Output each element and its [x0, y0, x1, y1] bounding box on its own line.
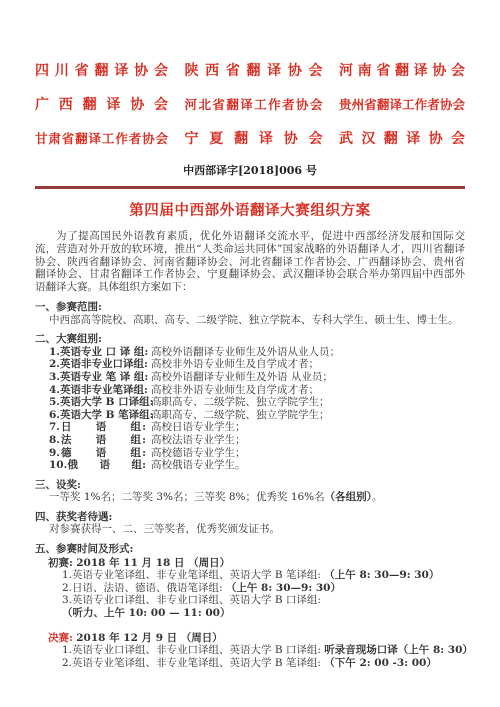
group-item: 7.日 语 组:高校日语专业学生；: [49, 421, 465, 434]
group-item: 2.英语非专业口译组:高校非外语专业师生及自学成才者；: [49, 358, 465, 371]
section-awards: 三、设奖: 一等奖 1%名；二等奖 3%名；三等奖 8%；优秀奖 16%名（各组…: [35, 479, 465, 504]
group-desc: 高校日语专业学生；: [151, 421, 246, 433]
schedule-text: 2.日语、法语、德语、俄语笔译组:: [62, 582, 226, 594]
group-item: 3.英语专业 笔 译 组:高校外语翻译专业师生及外语 从业员；: [49, 371, 465, 384]
group-label: 8.法 语 组:: [49, 434, 146, 447]
final-round: 决赛: 2018 年 12 月 9 日 （周日） 1.英语专业口译组、非专业口译…: [35, 632, 465, 670]
page-title: 第四届中西部外语翻译大赛组织方案: [35, 201, 465, 221]
org-name: 陕西省翻译协会: [185, 62, 323, 80]
round-header: 决赛: 2018 年 12 月 9 日 （周日）: [48, 632, 465, 645]
section-heading: 四、获奖者待遇:: [35, 511, 465, 524]
org-name: 宁夏翻译协会: [185, 130, 323, 148]
notice-document: 四川省翻译协会 陕西省翻译协会 河南省翻译协会 广西翻译协会 河北省翻译工作者协…: [0, 0, 500, 707]
schedule-item: 1.英语专业口译组、非专业口译组、英语大学 B 口译组: 听录音现场口译（上午 …: [62, 644, 465, 657]
org-name: 广西翻译协会: [35, 96, 168, 114]
red-divider: [35, 186, 465, 189]
awards-period: 。: [372, 491, 383, 503]
org-name: 甘肃省翻译工作者协会: [35, 130, 168, 148]
round-items: 1.英语专业口译组、非专业口译组、英语大学 B 口译组: 听录音现场口译（上午 …: [48, 644, 465, 669]
schedule-text: 2.英语专业笔译组、非专业笔译组、英语大学 B 笔译组:: [62, 657, 324, 669]
round-label: 初赛:: [48, 557, 73, 569]
group-label: 2.英语非专业口译组:: [49, 358, 146, 371]
round-date: 2018 年 11 月 18 日 （周日）: [76, 557, 230, 569]
org-row-1: 四川省翻译协会 陕西省翻译协会 河南省翻译协会: [35, 62, 465, 80]
group-item: 1.英语专业 口 译 组:高校外语翻译专业师生及外语从业人员；: [49, 346, 465, 359]
group-label: 5.英语大学 B 口译组:: [49, 396, 146, 409]
org-name: 河南省翻译协会: [339, 62, 465, 80]
schedule-time: （上午 8: 30—9: 30）: [226, 582, 341, 594]
group-desc: 高校法语专业学生；: [151, 434, 246, 446]
section-body: 对参赛获得一、二、三等奖者，优秀奖颁发证书。: [35, 523, 465, 536]
section-benefits: 四、获奖者待遇: 对参赛获得一、二、三等奖者，优秀奖颁发证书。: [35, 511, 465, 536]
doc-number: 中西部译字[2018]006 号: [35, 164, 465, 178]
org-row-3: 甘肃省翻译工作者协会 宁夏翻译协会 武汉翻译协会: [35, 130, 465, 148]
group-item: 5.英语大学 B 口译组:高职高专、二级学院、独立学院学生；: [49, 396, 465, 409]
document-page: { "colors":{"accent_red":"#d92c20","rule…: [0, 0, 500, 707]
org-name: 四川省翻译协会: [35, 62, 168, 80]
schedule-item: （听力、上午 10: 00 — 11: 00）: [62, 607, 465, 620]
schedule-item: 3.英语专业口译组、非专业口译组、英语大学 B 口译组:: [62, 594, 465, 607]
schedule-time: （下午 2: 00 -3: 00）: [324, 657, 437, 669]
schedule-text: 1.英语专业笔译组、非专业笔译组、英语大学 B 笔译组:: [62, 569, 324, 581]
group-label: 6.英语大学 B 笔译组:: [49, 409, 146, 422]
group-label: 10.俄 语 组:: [49, 459, 146, 472]
org-name: 武汉翻译协会: [339, 130, 465, 148]
preliminary-round: 初赛: 2018 年 11 月 18 日 （周日） 1.英语专业笔译组、非专业笔…: [35, 557, 465, 620]
schedule-item: 2.英语专业笔译组、非专业笔译组、英语大学 B 笔译组: （下午 2: 00 -…: [62, 657, 465, 670]
schedule-item: 2.日语、法语、德语、俄语笔译组: （上午 8: 30—9: 30）: [62, 582, 465, 595]
intro-paragraph: 为了提高国民外语教育素质，优化外语翻译交流水平，促进中西部经济发展和国际交流，营…: [35, 230, 465, 294]
round-date: 2018 年 12 月 9 日 （周日）: [76, 632, 223, 644]
group-label: 1.英语专业 口 译 组:: [49, 346, 146, 359]
group-item: 10.俄 语 组:高校俄语专业学生。: [49, 459, 465, 472]
section-body: 中西部高等院校、高职、高专、二级学院、独立学院本、专科大学生、硕士生、博士生。: [35, 314, 465, 327]
org-name: 贵州省翻译工作者协会: [339, 96, 465, 114]
group-label: 7.日 语 组:: [49, 421, 146, 434]
group-desc: 高校俄语专业学生。: [151, 459, 246, 471]
group-item: 6.英语大学 B 笔译组:高职高专、二级学院、独立学院学生；: [49, 409, 465, 422]
group-desc: 高校外语翻译专业师生及外语从业人员；: [151, 346, 340, 358]
group-label: 9.德 语 组:: [49, 447, 146, 460]
group-desc: 高校非外语专业师生及自学成才者；: [151, 358, 319, 370]
group-label: 3.英语专业 笔 译 组:: [49, 371, 146, 384]
section-scope: 一、参赛范围: 中西部高等院校、高职、高专、二级学院、独立学院本、专科大学生、硕…: [35, 301, 465, 326]
group-item: 8.法 语 组:高校法语专业学生；: [49, 434, 465, 447]
round-header: 初赛: 2018 年 11 月 18 日 （周日）: [48, 557, 465, 570]
group-list: 1.英语专业 口 译 组:高校外语翻译专业师生及外语从业人员； 2.英语非专业口…: [35, 346, 465, 472]
section-heading: 五、参赛时间及形式:: [35, 543, 465, 556]
org-row-2: 广西翻译协会 河北省翻译工作者协会 贵州省翻译工作者协会: [35, 96, 465, 114]
section-heading: 一、参赛范围:: [35, 301, 465, 314]
section-body: 一等奖 1%名；二等奖 3%名；三等奖 8%；优秀奖 16%名（各组别）。: [35, 491, 465, 504]
section-schedule: 五、参赛时间及形式: 初赛: 2018 年 11 月 18 日 （周日） 1.英…: [35, 543, 465, 669]
schedule-text: 1.英语专业口译组、非专业口译组、英语大学 B 口译组:: [62, 644, 324, 656]
schedule-time: （上午 8: 30—9: 30）: [324, 569, 439, 581]
group-label: 4.英语非专业笔译组:: [49, 384, 146, 397]
section-heading: 二、大赛组别:: [35, 333, 465, 346]
group-desc: 高校非外语专业师生及自学成才者；: [151, 384, 319, 396]
awards-note: （各组别）: [325, 491, 372, 503]
group-desc: 高校德语专业学生；: [151, 447, 246, 459]
org-name: 河北省翻译工作者协会: [185, 96, 323, 114]
round-label: 决赛:: [48, 632, 73, 644]
round-items: 1.英语专业笔译组、非专业笔译组、英语大学 B 笔译组: （上午 8: 30—9…: [48, 569, 465, 619]
group-desc: 高职高专、二级学院、独立学院学生；: [151, 396, 330, 408]
group-desc: 高校外语翻译专业师生及外语 从业员；: [151, 371, 333, 383]
issuing-orgs: 四川省翻译协会 陕西省翻译协会 河南省翻译协会 广西翻译协会 河北省翻译工作者协…: [35, 62, 465, 148]
group-desc: 高职高专、二级学院、独立学院学生；: [151, 409, 330, 421]
section-groups: 二、大赛组别: 1.英语专业 口 译 组:高校外语翻译专业师生及外语从业人员； …: [35, 333, 465, 472]
awards-text: 一等奖 1%名；二等奖 3%名；三等奖 8%；优秀奖 16%名: [49, 491, 325, 503]
schedule-time: 听录音现场口译（上午 8: 30）: [324, 644, 473, 656]
schedule-item: 1.英语专业笔译组、非专业笔译组、英语大学 B 笔译组: （上午 8: 30—9…: [62, 569, 465, 582]
schedule-time: （听力、上午 10: 00 — 11: 00）: [62, 607, 230, 619]
group-item: 4.英语非专业笔译组:高校非外语专业师生及自学成才者；: [49, 384, 465, 397]
schedule-text: 3.英语专业口译组、非专业口译组、英语大学 B 口译组:: [62, 594, 321, 606]
section-heading: 三、设奖:: [35, 479, 465, 492]
group-item: 9.德 语 组:高校德语专业学生；: [49, 447, 465, 460]
